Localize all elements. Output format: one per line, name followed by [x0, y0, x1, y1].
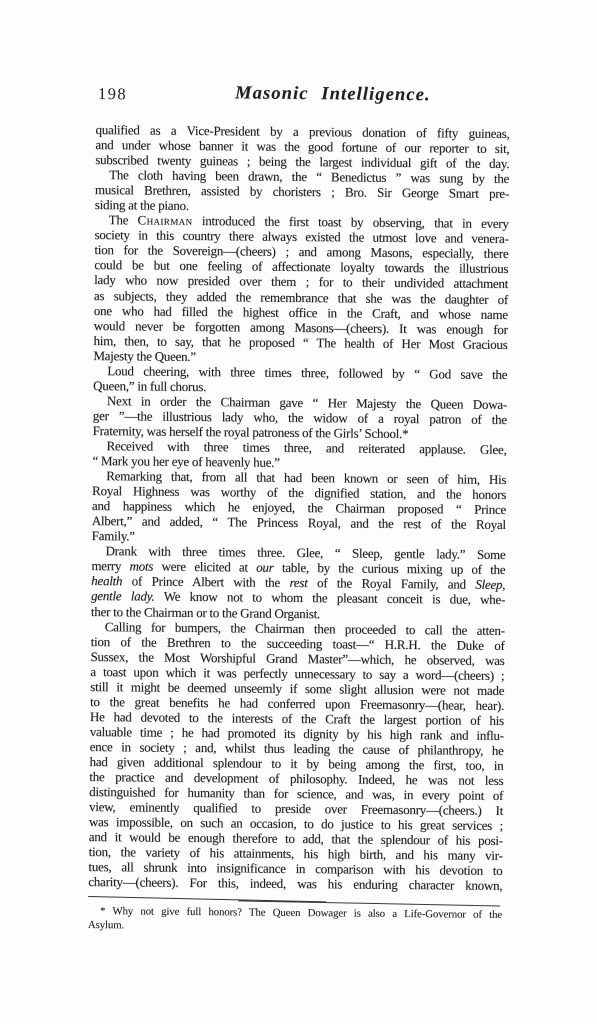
text-segment: merry: [91, 558, 129, 573]
text-line: charity—(cheers). For this, indeed, was …: [88, 874, 502, 893]
text-segment: Asylum.: [88, 919, 124, 931]
page-title: Masonic Intelligence.: [96, 82, 510, 107]
page-content: 198 Masonic Intelligence. qualified as a…: [88, 82, 510, 936]
italic-text: health: [91, 573, 122, 588]
italic-text: our: [256, 560, 273, 575]
text-segment: siding at the piano.: [95, 197, 189, 213]
text-segment: Family.”: [92, 528, 135, 543]
scanned-page: 198 Masonic Intelligence. qualified as a…: [0, 0, 597, 1024]
text-segment: of the Royal Family, and: [307, 575, 475, 592]
page-number: 198: [98, 84, 127, 104]
text-segment: charity—(cheers). For this, indeed, was …: [88, 874, 502, 893]
body-lines: qualified as a Vice-President by a previ…: [88, 122, 509, 893]
italic-text: Sleep,: [475, 577, 505, 592]
text-segment: of Prince Albert with the: [122, 574, 289, 591]
italic-text: gentle lady.: [91, 588, 155, 604]
italic-text: mots: [130, 559, 154, 574]
text-segment: “ Mark you her eye of heavenly hue.”: [92, 453, 279, 470]
footnote-rule-segment: [238, 900, 500, 906]
smallcaps-text: Chairman: [138, 213, 193, 229]
running-head: 198 Masonic Intelligence.: [96, 82, 510, 112]
text-segment: * Why not give full honors? The Queen Do…: [100, 905, 502, 921]
text-segment: were elicited at: [153, 559, 256, 575]
italic-text: rest: [289, 575, 307, 590]
text-segment: Queen,” in full chorus.: [93, 378, 206, 394]
footnote-lines: * Why not give full honors? The Queen Do…: [88, 905, 502, 935]
text-segment: The: [109, 212, 138, 227]
text-segment: Majesty the Queen.”: [93, 348, 196, 364]
